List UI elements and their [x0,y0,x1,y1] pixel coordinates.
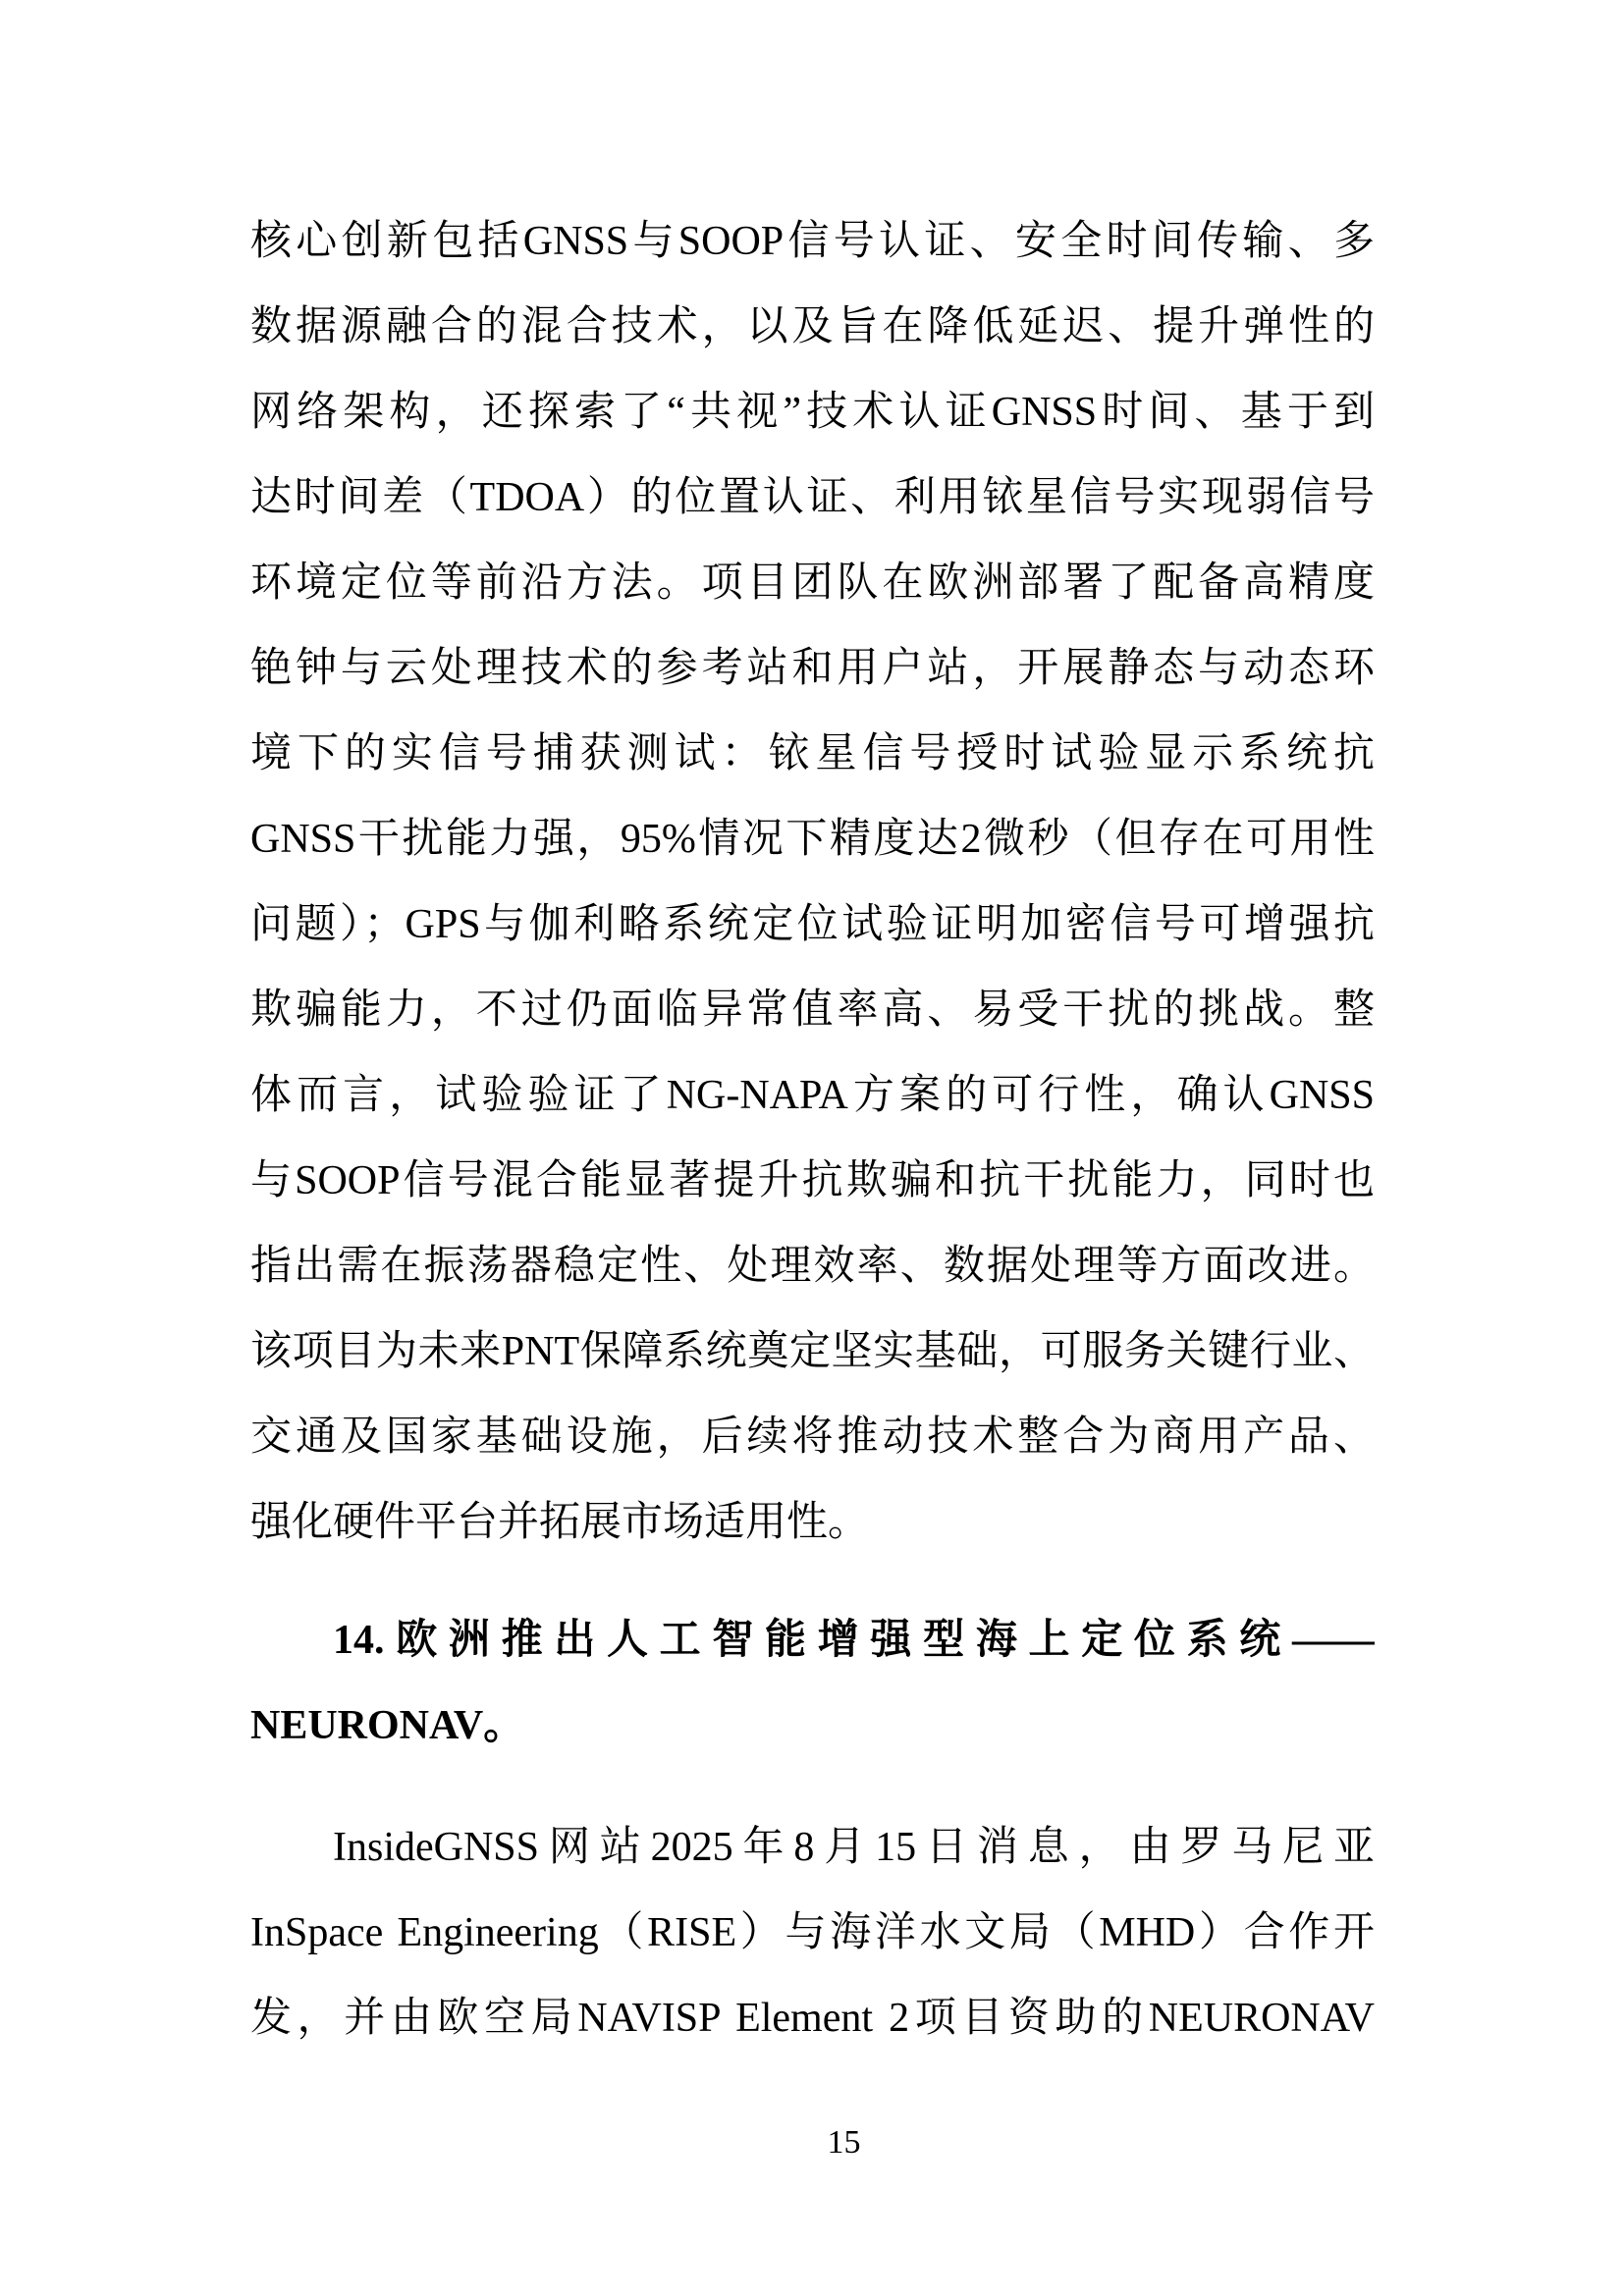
text-line: 网络架构，还探索了“共视”技术认证GNSS时间、基于到 [250,370,1375,455]
text-line: 达时间差（TDOA）的位置认证、利用铱星信号实现弱信号 [250,455,1375,541]
text-line: 问题）；GPS与伽利略系统定位试验证明加密信号可增强抗 [250,882,1375,968]
text-block: 核心创新包括GNSS与SOOP信号认证、安全时间传输、多数据源融合的混合技术，以… [250,199,1375,2061]
text-line: 该项目为未来PNT保障系统奠定坚实基础，可服务关键行业、 [250,1309,1375,1395]
text-line: InSpace Engineering（RISE）与海洋水文局（MHD）合作开 [250,1891,1375,1976]
text-line: 体而言，试验验证了NG-NAPA方案的可行性，确认GNSS [250,1053,1375,1139]
text-line: 与SOOP信号混合能显著提升抗欺骗和抗干扰能力，同时也 [250,1139,1375,1224]
text-line: 核心创新包括GNSS与SOOP信号认证、安全时间传输、多 [250,199,1375,285]
body-paragraph: InsideGNSS网站2025年8月15日消息，由罗马尼亚InSpace En… [250,1805,1375,2061]
text-line: 铯钟与云处理技术的参考站和用户站，开展静态与动态环 [250,626,1375,712]
text-line: 发，并由欧空局NAVISP Element 2项目资助的NEURONAV [250,1976,1375,2061]
text-line: 数据源融合的混合技术，以及旨在降低延迟、提升弹性的 [250,285,1375,370]
heading-line: 14.欧洲推出人工智能增强型海上定位系统—— [250,1598,1375,1683]
text-line: 交通及国家基础设施，后续将推动技术整合为商用产品、 [250,1395,1375,1480]
text-line: GNSS干扰能力强，95%情况下精度达2微秒（但存在可用性 [250,797,1375,882]
text-line: InsideGNSS网站2025年8月15日消息，由罗马尼亚 [250,1805,1375,1891]
text-line: 环境定位等前沿方法。项目团队在欧洲部署了配备高精度 [250,541,1375,626]
section-heading: 14.欧洲推出人工智能增强型海上定位系统——NEURONAV。 [250,1598,1375,1769]
document-page: 核心创新包括GNSS与SOOP信号认证、安全时间传输、多数据源融合的混合技术，以… [0,0,1624,2296]
page-number: 15 [282,2123,1406,2163]
heading-line: NEURONAV。 [250,1683,1375,1769]
text-line: 指出需在振荡器稳定性、处理效率、数据处理等方面改进。 [250,1224,1375,1309]
text-line: 境下的实信号捕获测试：铱星信号授时试验显示系统抗 [250,712,1375,797]
text-line: 欺骗能力，不过仍面临异常值率高、易受干扰的挑战。整 [250,968,1375,1053]
body-paragraph: 核心创新包括GNSS与SOOP信号认证、安全时间传输、多数据源融合的混合技术，以… [250,199,1375,1566]
text-line: 强化硬件平台并拓展市场适用性。 [250,1480,1375,1566]
